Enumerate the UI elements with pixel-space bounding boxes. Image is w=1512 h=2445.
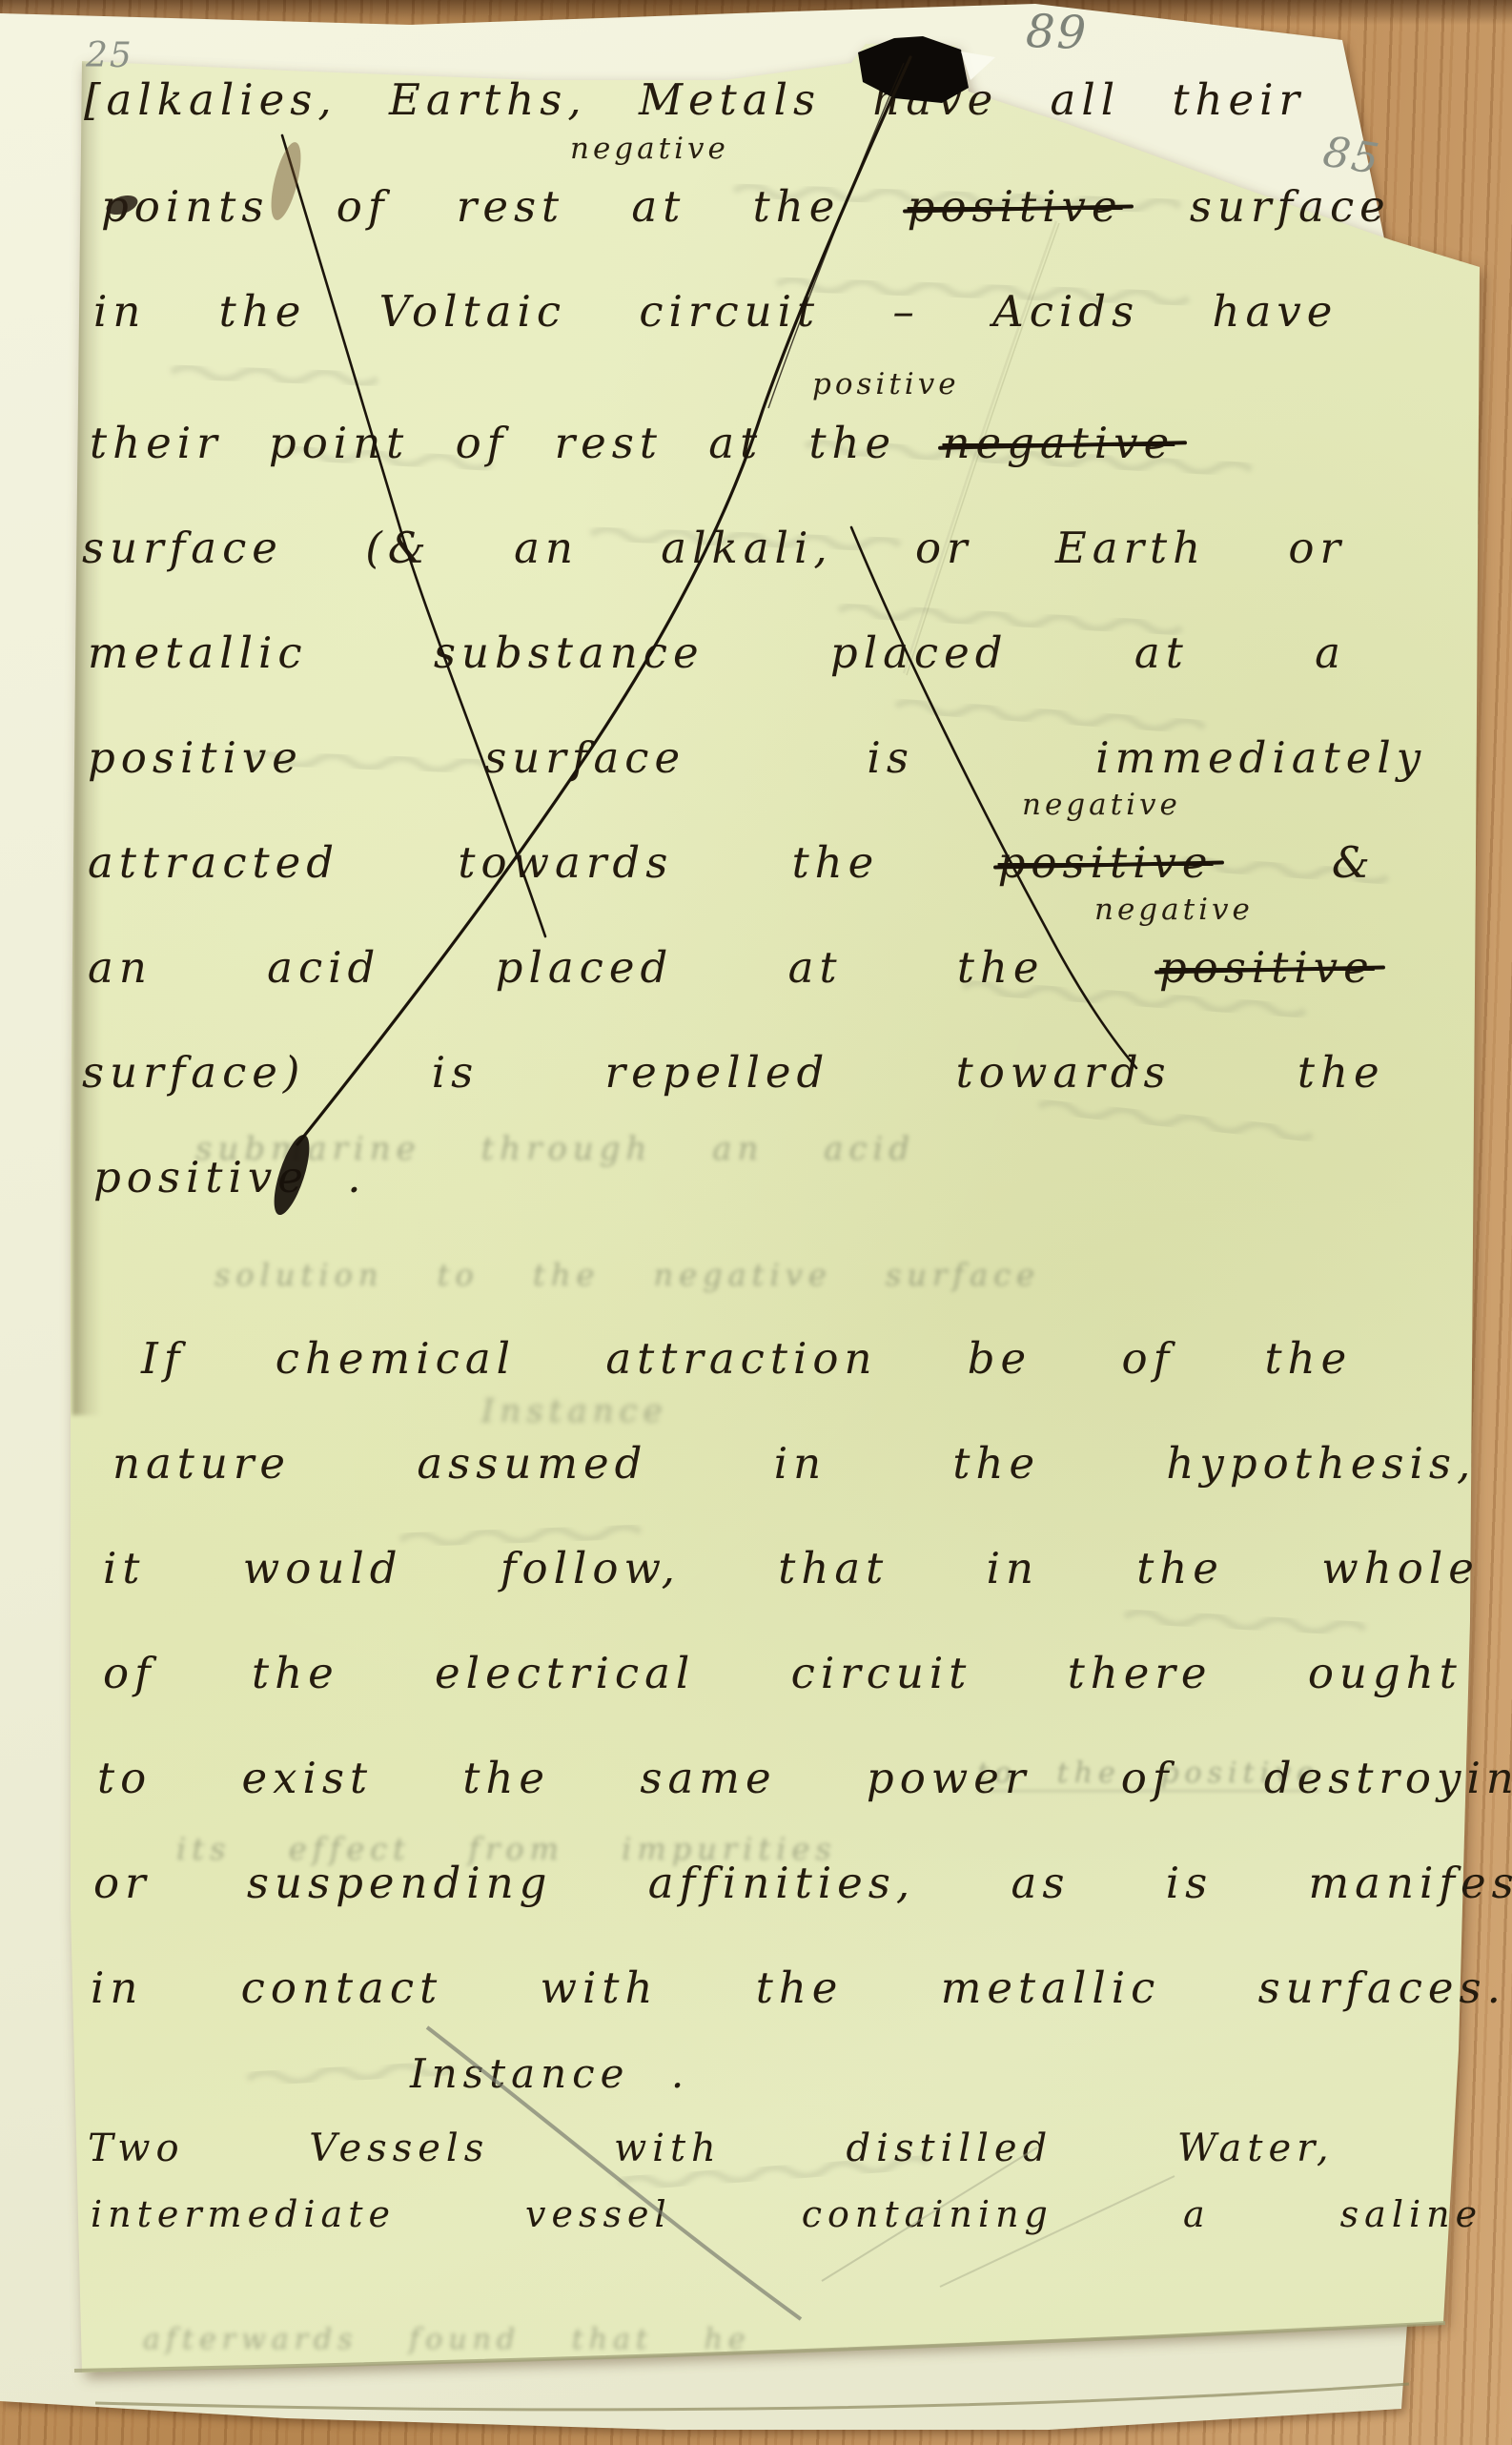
ink-smudge (265, 139, 307, 222)
ink-blot (858, 36, 969, 103)
crossout-stroke-right (282, 135, 545, 936)
over-decoration-layer (0, 0, 1512, 2445)
crossout-stroke-left (297, 57, 910, 1144)
pencil-slash (427, 2027, 801, 2319)
scratch-line (822, 2147, 1037, 2281)
crossout-stroke-lower-right (851, 527, 1136, 1068)
scratch-line (940, 2176, 1175, 2287)
ink-spot (104, 192, 140, 218)
ink-smear-blob (267, 1131, 317, 1219)
manuscript-photo: submarine through an acidsolution to the… (0, 0, 1512, 2445)
